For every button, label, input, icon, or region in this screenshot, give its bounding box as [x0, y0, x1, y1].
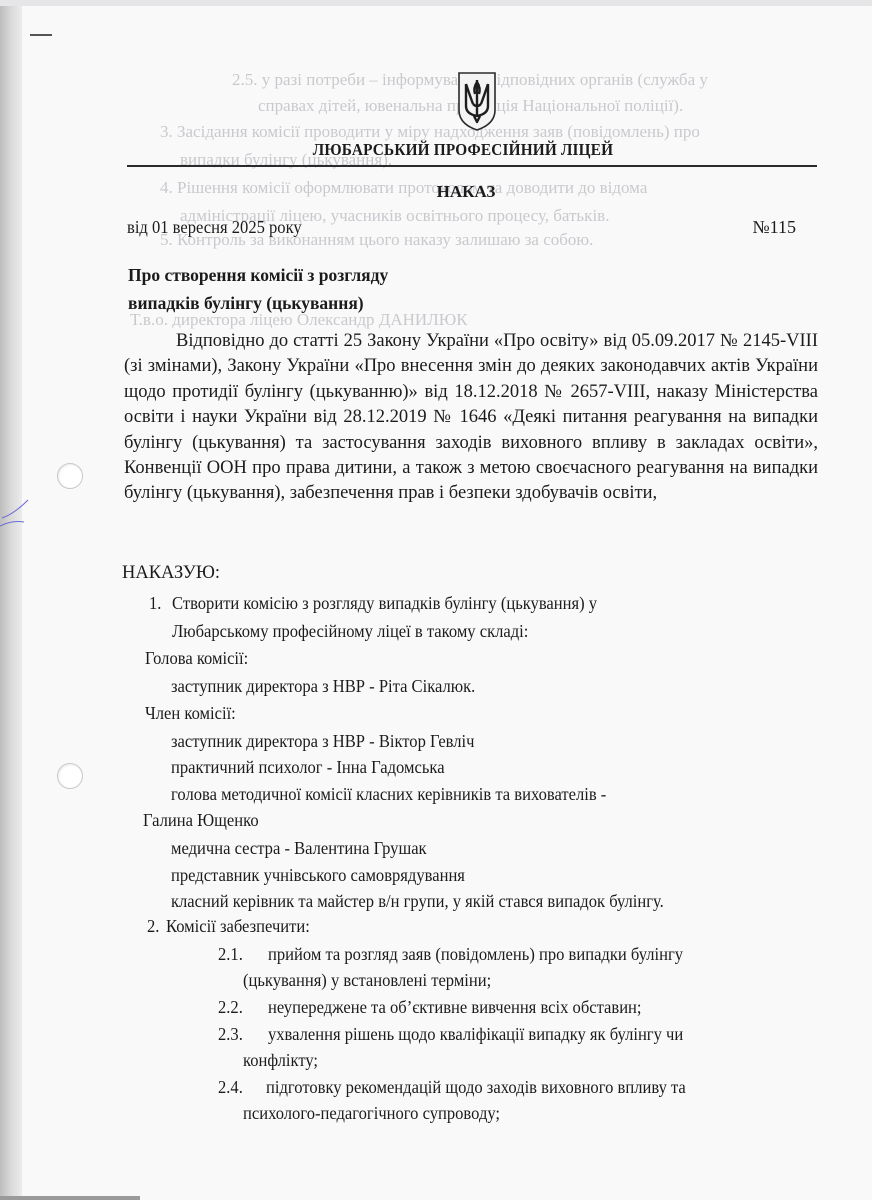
subitem-text: неупереджене та об’єктивне вивчення всіх…: [268, 997, 642, 1018]
member-entry: представник учнівського самоврядування: [171, 865, 465, 886]
member-entry: заступник директора з НВР - Віктор Гевлі…: [171, 731, 474, 752]
member-entry: практичний психолог - Інна Гадомська: [171, 757, 445, 778]
page-bottom-shadow: [0, 1196, 140, 1200]
chair-label: Голова комісії:: [145, 648, 248, 669]
organization-name: ЛЮБАРСЬКИЙ ПРОФЕСІЙНИЙ ЛІЦЕЙ: [44, 140, 829, 160]
subitem-text: (цькування) у встановлені терміни;: [243, 970, 491, 991]
item-number: 1.: [149, 593, 161, 614]
member-entry: Галина Ющенко: [143, 810, 259, 831]
subitem-number: 2.1.: [218, 944, 243, 965]
document-subject: Про створення комісії з розгляду випадкі…: [128, 261, 388, 317]
item-text: Комісії забезпечити:: [166, 916, 310, 937]
subitem-text: підготовку рекомендацій щодо заходів вих…: [266, 1077, 686, 1098]
subitem-number: 2.3.: [218, 1024, 243, 1045]
document-number: №115: [752, 217, 796, 238]
page-top-edge: [0, 0, 872, 6]
header-divider: [127, 165, 817, 167]
subitem-text: психолого-педагогічного супроводу;: [243, 1103, 500, 1124]
subitem-text: ухвалення рішень щодо кваліфікації випад…: [268, 1024, 683, 1045]
subitem-number: 2.2.: [218, 997, 243, 1018]
document-type: НАКАЗ: [0, 182, 872, 202]
order-word: НАКАЗУЮ:: [122, 563, 220, 584]
punch-hole-icon: [57, 763, 83, 789]
document-date: від 01 вересня 2025 року: [127, 217, 302, 238]
chair-member: заступник директора з НВР - Ріта Сікалюк…: [171, 676, 475, 697]
subitem-text: прийом та розгляд заяв (повідомлень) про…: [268, 944, 683, 965]
scanner-margin-strip: [0, 0, 22, 1200]
subitem-text: конфлікту;: [243, 1050, 318, 1071]
punch-hole-icon: [57, 463, 83, 489]
item-text: Створити комісію з розгляду випадків бул…: [172, 593, 597, 614]
subject-line: Про створення комісії з розгляду: [128, 261, 388, 289]
bleed-through-text: 3. Засідання комісії проводити у міру на…: [160, 122, 700, 142]
member-entry: медична сестра - Валентина Грушак: [171, 838, 427, 859]
pen-mark-icon: [0, 470, 30, 540]
members-label: Член комісії:: [145, 703, 236, 724]
item-text: Любарському професійному ліцеї в такому …: [172, 621, 528, 642]
preamble-paragraph: Відповідно до статті 25 Закону України «…: [124, 329, 818, 507]
subject-line: випадків булінгу (цькування): [128, 289, 388, 317]
corner-mark: [30, 34, 52, 36]
subitem-number: 2.4.: [218, 1077, 243, 1098]
member-entry: голова методичної комісії класних керівн…: [171, 784, 606, 805]
trident-coat-of-arms-icon: [456, 70, 498, 132]
item-number: 2.: [147, 916, 159, 937]
member-entry: класний керівник та майстер в/н групи, у…: [171, 891, 664, 912]
